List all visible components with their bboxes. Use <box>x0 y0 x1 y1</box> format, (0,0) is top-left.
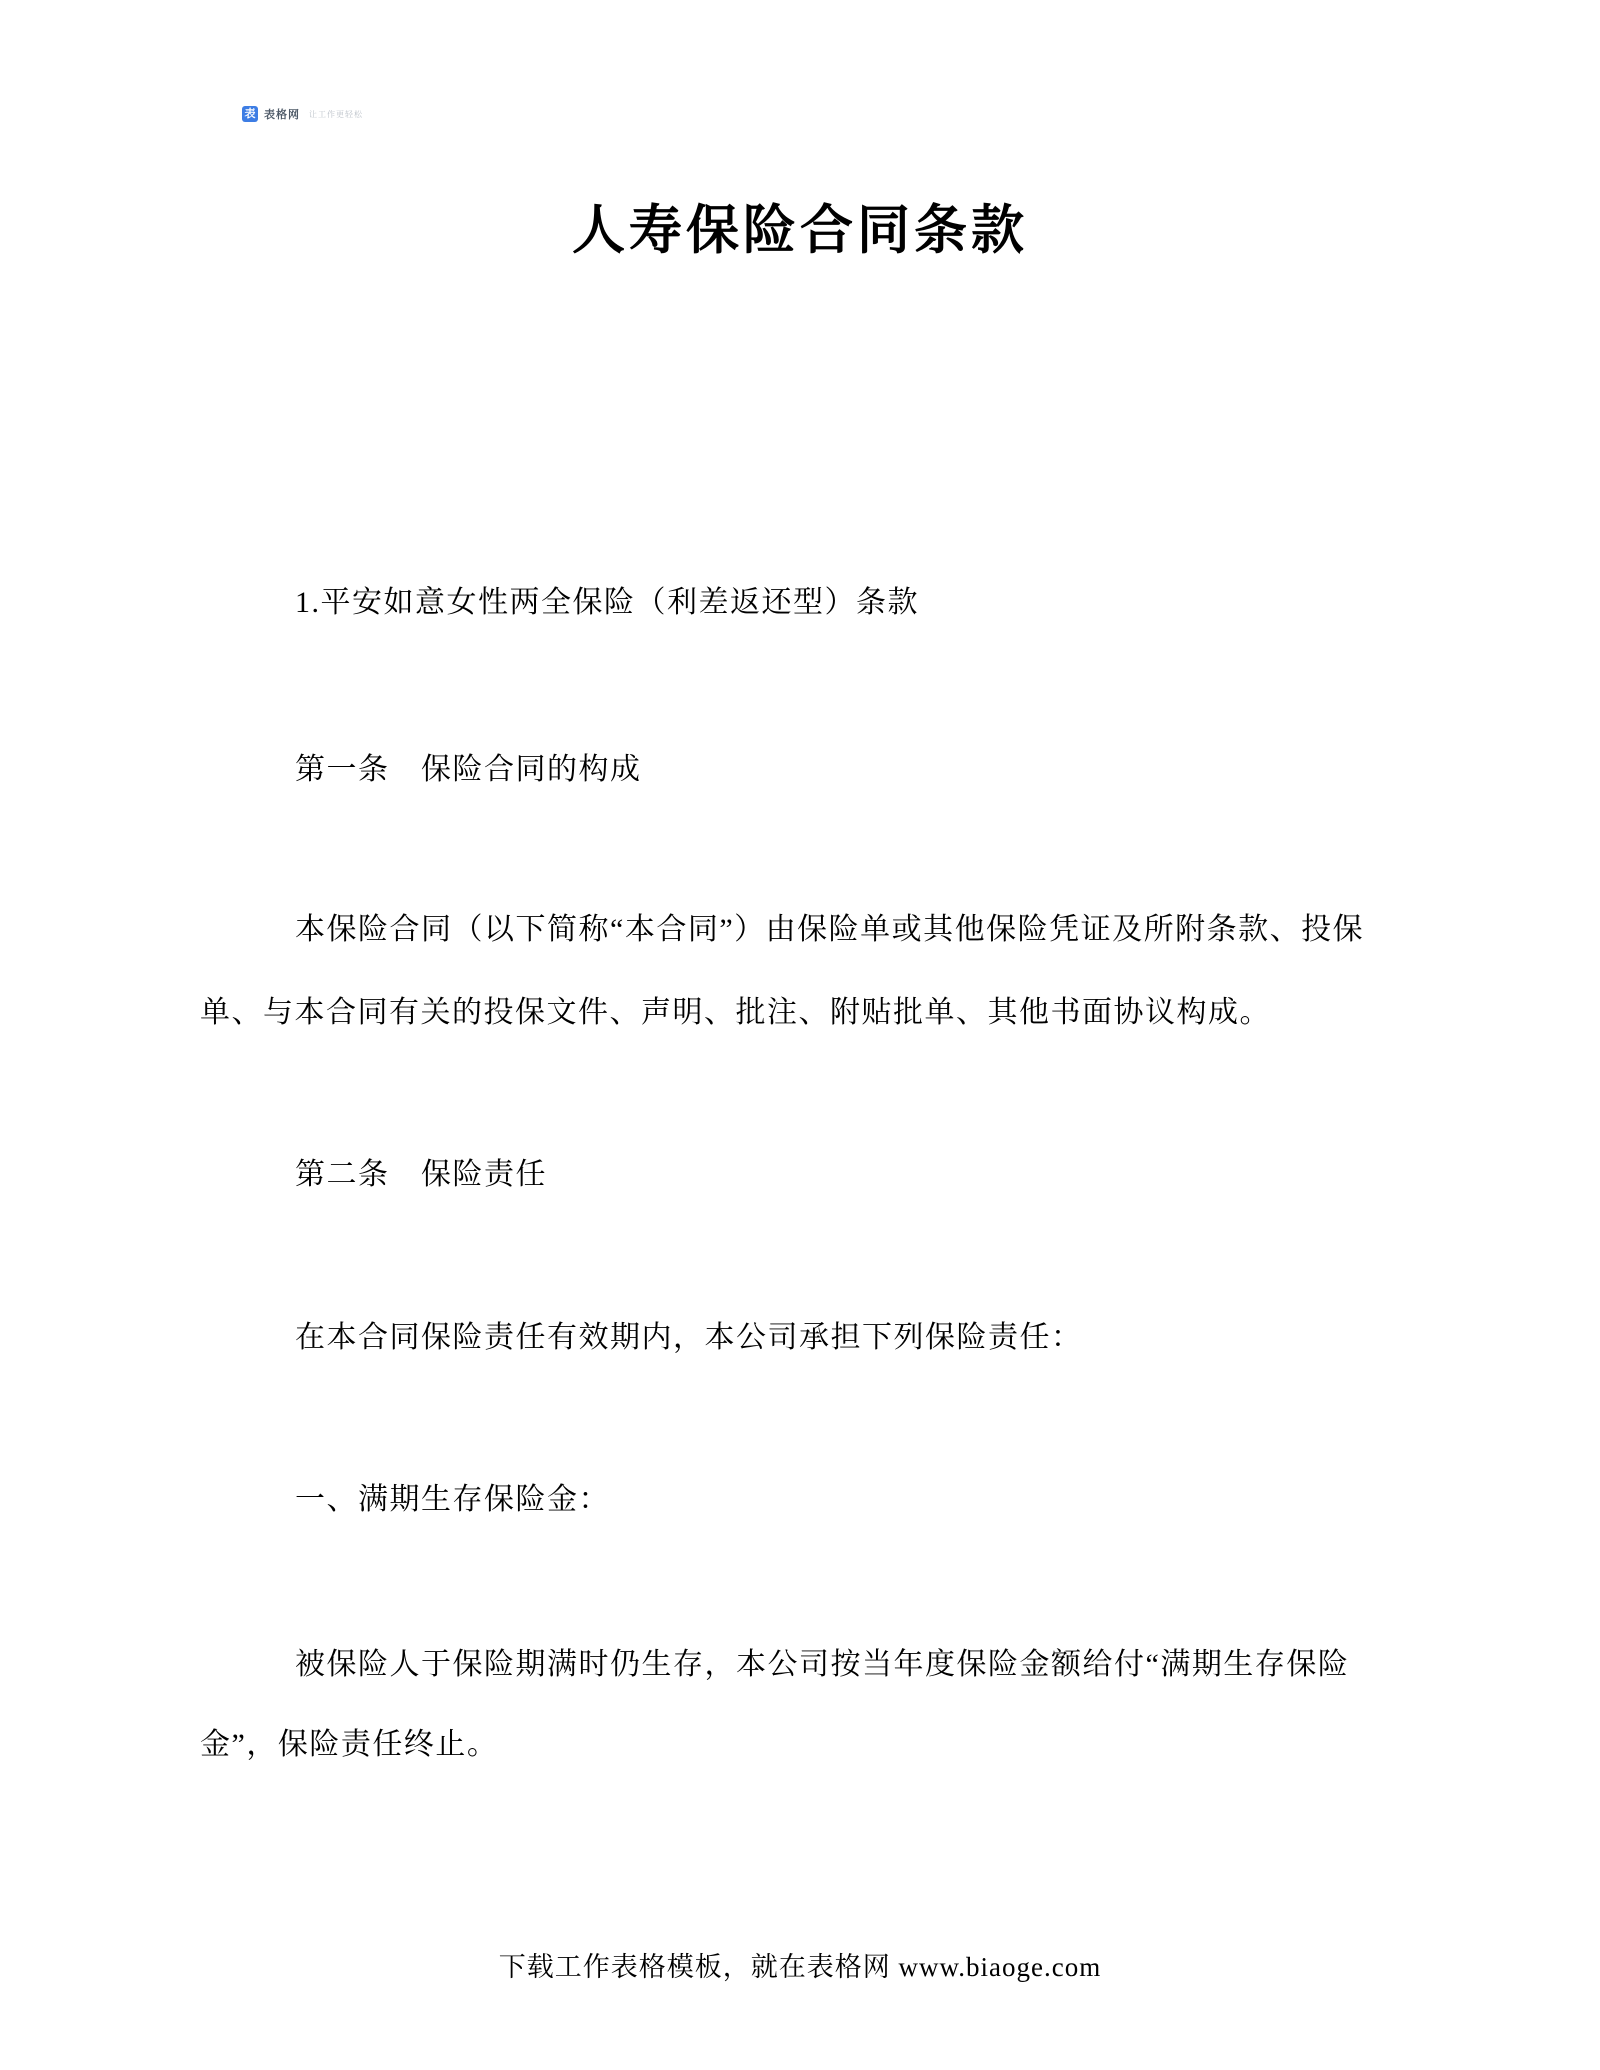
biaoge-tagline: 让工作更轻松 <box>309 109 363 120</box>
benefit-item-1-heading: 一、满期生存保险金： <box>295 1480 610 1520</box>
article-1-paragraph-line-2: 单、与本合同有关的投保文件、声明、批注、附贴批单、其他书面协议构成。 <box>200 993 1271 1033</box>
footer-promo-text: 下载工作表格模板，就在表格网 www.biaoge.com <box>0 1945 1600 1984</box>
benefit-item-1-paragraph-line-1: 被保险人于保险期满时仍生存，本公司按当年度保险金额给付“满期生存保险 <box>295 1645 1349 1685</box>
document-page: 表 表格网 让工作更轻松 人寿保险合同条款 1.平安如意女性两全保险（利差返还型… <box>0 0 1600 2070</box>
clause-list-item-1: 1.平安如意女性两全保险（利差返还型）条款 <box>295 583 919 623</box>
article-1-heading: 第一条 保险合同的构成 <box>295 750 642 790</box>
article-2-intro-line: 在本合同保险责任有效期内，本公司承担下列保险责任： <box>295 1318 1083 1358</box>
article-2-heading: 第二条 保险责任 <box>295 1155 547 1195</box>
biaoge-logo: 表 表格网 让工作更轻松 <box>242 105 363 123</box>
biaoge-logo-icon: 表 <box>242 106 258 122</box>
document-title: 人寿保险合同条款 <box>0 188 1600 264</box>
biaoge-brand-name: 表格网 <box>264 106 300 122</box>
article-1-paragraph-line-1: 本保险合同（以下简称“本合同”）由保险单或其他保险凭证及所附条款、投保 <box>295 910 1364 950</box>
benefit-item-1-paragraph-line-2: 金”，保险责任终止。 <box>200 1725 498 1765</box>
